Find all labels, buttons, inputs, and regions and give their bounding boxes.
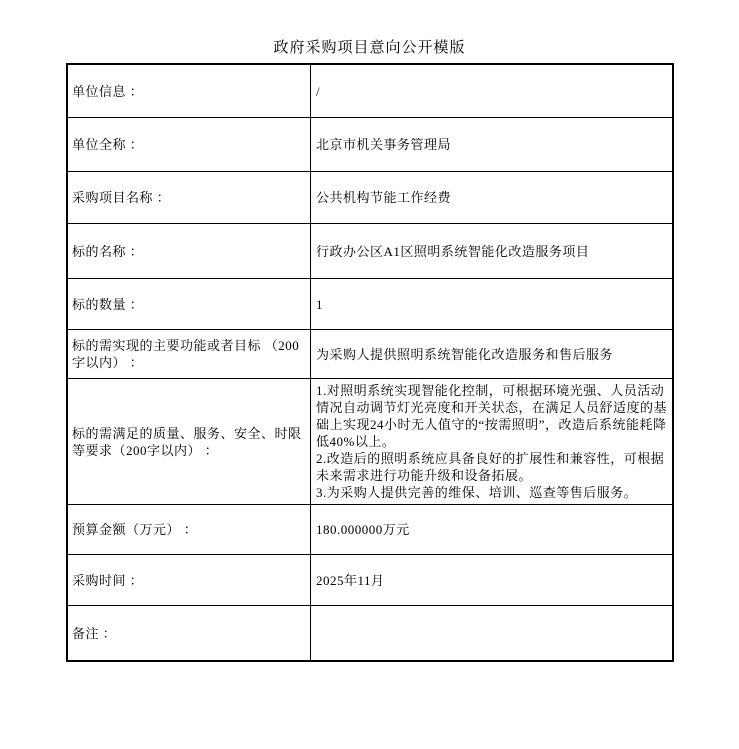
table-row-subject-name: 标的名称 ： 行政办公区A1区照明系统智能化改造服务项目: [68, 223, 672, 278]
table-row-budget-amount: 预算金额（万元） ： 180.000000万元: [68, 504, 672, 554]
row-value: 2025年11月: [311, 555, 672, 605]
row-label: 采购项目名称 ：: [68, 172, 311, 223]
row-value: 行政办公区A1区照明系统智能化改造服务项目: [311, 224, 672, 278]
row-value: 北京市机关事务管理局: [311, 118, 672, 171]
document-title: 政府采购项目意向公开模版: [0, 36, 739, 57]
row-value: 1: [311, 279, 672, 329]
row-value: 为采购人提供照明系统智能化改造服务和售后服务: [311, 330, 672, 378]
table-row-subject-quantity: 标的数量 ： 1: [68, 278, 672, 329]
document-page: 政府采购项目意向公开模版 单位信息 ： / 单位全称 ： 北京市机关事务管理局 …: [0, 0, 739, 749]
table-row-quality-requirements: 标的需满足的质量、服务、安全、时限等要求（200字以内） ： 1.对照明系统实现…: [68, 378, 672, 504]
row-value: /: [311, 65, 672, 117]
row-label: 标的名称 ：: [68, 224, 311, 278]
row-value: 1.对照明系统实现智能化控制，可根据环境光强、人员活动情况自动调节灯光亮度和开关…: [311, 379, 672, 504]
row-label: 单位信息 ：: [68, 65, 311, 117]
row-label: 标的需满足的质量、服务、安全、时限等要求（200字以内） ：: [68, 379, 311, 504]
row-value: 180.000000万元: [311, 505, 672, 554]
table-row-unit-full-name: 单位全称 ： 北京市机关事务管理局: [68, 117, 672, 171]
row-label: 单位全称 ：: [68, 118, 311, 171]
table-row-procurement-time: 采购时间 ： 2025年11月: [68, 554, 672, 605]
row-label: 标的需实现的主要功能或者目标 （200字以内） ：: [68, 330, 311, 378]
table-row-project-name: 采购项目名称 ： 公共机构节能工作经费: [68, 171, 672, 223]
procurement-intent-table: 单位信息 ： / 单位全称 ： 北京市机关事务管理局 采购项目名称 ： 公共机构…: [66, 63, 674, 662]
row-value: [311, 606, 672, 660]
row-label: 预算金额（万元） ：: [68, 505, 311, 554]
row-value: 公共机构节能工作经费: [311, 172, 672, 223]
row-label: 标的数量 ：: [68, 279, 311, 329]
table-row-remarks: 备注 ：: [68, 605, 672, 660]
table-row-main-functions: 标的需实现的主要功能或者目标 （200字以内） ： 为采购人提供照明系统智能化改…: [68, 329, 672, 378]
table-row-unit-info: 单位信息 ： /: [68, 65, 672, 117]
row-label: 采购时间 ：: [68, 555, 311, 605]
row-label: 备注 ：: [68, 606, 311, 660]
